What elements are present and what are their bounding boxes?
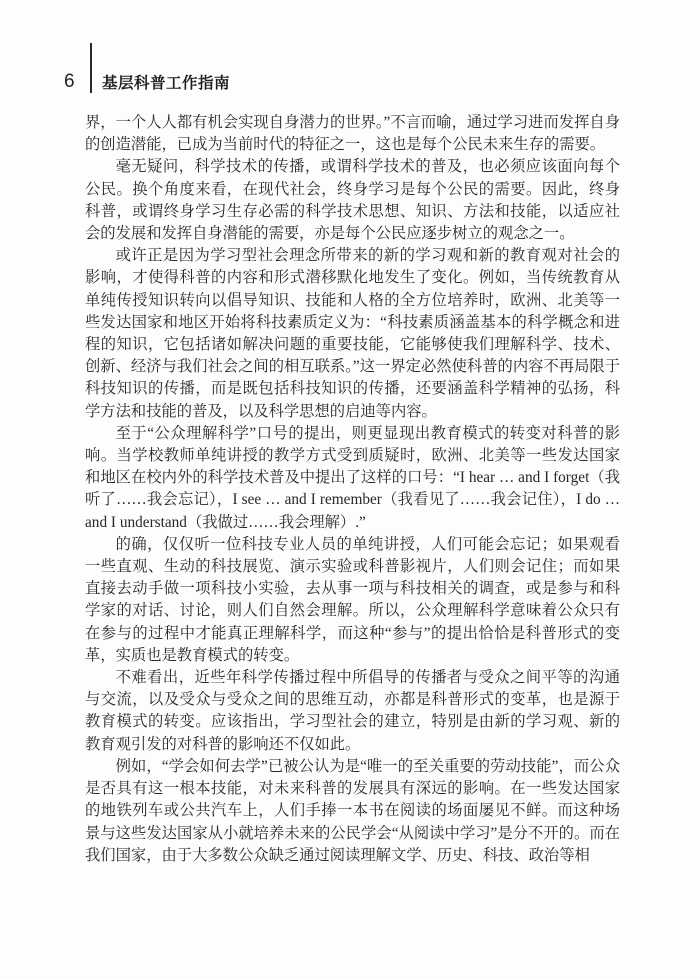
paragraph: 或许正是因为学习型社会理念所带来的新的学习观和新的教育观对社会的影响，才使得科普… <box>85 245 620 423</box>
page-number: 6 <box>64 72 75 91</box>
header-divider-rule <box>90 43 92 93</box>
paragraph: 不难看出，近些年科学传播过程中所倡导的传播者与受众之间平等的沟通与交流，以及受众… <box>85 667 620 756</box>
paragraph: 例如，“学会如何去学”已被公认为是“唯一的至关重要的劳动技能”，而公众是否具有这… <box>85 756 620 867</box>
paragraph: 的确，仅仅听一位科技专业人员的单纯讲授，人们可能会忘记；如果观看一些直观、生动的… <box>85 534 620 667</box>
paragraph-continuation: 界，一个人人都有机会实现自身潜力的世界。”不言而喻，通过学习进而发挥自身的创造潜… <box>85 112 620 156</box>
book-title: 基层科普工作指南 <box>102 76 230 92</box>
page-body: 界，一个人人都有机会实现自身潜力的世界。”不言而喻，通过学习进而发挥自身的创造潜… <box>85 112 620 867</box>
paragraph: 毫无疑问，科学技术的传播，或谓科学技术的普及，也必须应该面向每个公民。换个角度来… <box>85 156 620 245</box>
running-head: 6 基层科普工作指南 <box>0 0 700 100</box>
book-page: 6 基层科普工作指南 界，一个人人都有机会实现自身潜力的世界。”不言而喻，通过学… <box>0 0 700 979</box>
paragraph: 至于“公众理解科学”口号的提出，则更显现出教育模式的转变对科普的影响。当学校教师… <box>85 423 620 534</box>
